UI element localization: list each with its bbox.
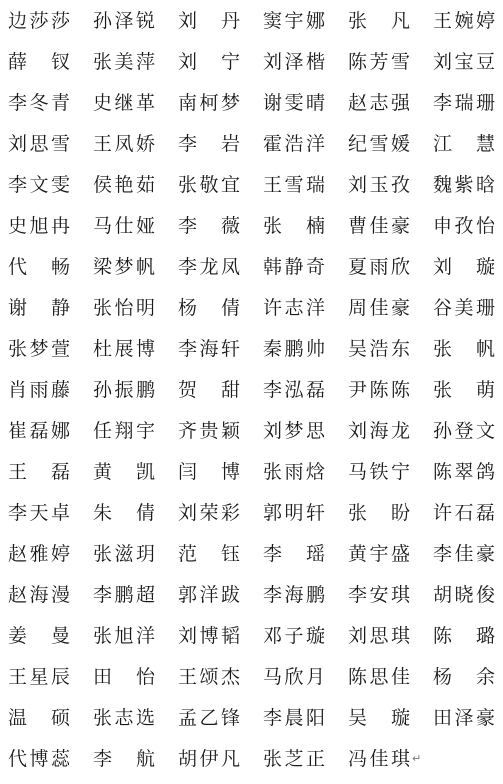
name-entry: 张凡 xyxy=(347,9,411,33)
name-entry: 王磊 xyxy=(7,460,71,484)
name-entry: 史继革 xyxy=(92,91,156,115)
name-row: 赵雅婷张滋玥范钰李瑶黄宇盛李佳豪 xyxy=(0,533,503,574)
name-entry: 代畅 xyxy=(7,255,71,279)
name-entry: 王星辰 xyxy=(7,665,71,689)
name-entry: 许石磊 xyxy=(432,501,496,525)
name-entry: 范钰 xyxy=(177,542,241,566)
name-entry: 张芝正 xyxy=(262,747,326,771)
name-entry: 吴浩东 xyxy=(347,337,411,361)
name-entry: 窦宇娜 xyxy=(262,9,326,33)
name-entry: 张萌 xyxy=(432,378,496,402)
name-entry: 刘宁 xyxy=(177,50,241,74)
name-row: 史旭冉马仕娅李薇张楠曹佳豪申孜怡 xyxy=(0,205,503,246)
name-entry: 王凤娇 xyxy=(92,132,156,156)
name-entry: 谢雯晴 xyxy=(262,91,326,115)
name-entry: 陈思佳 xyxy=(347,665,411,689)
name-entry: 马铁宁 xyxy=(347,460,411,484)
name-entry: 田泽豪 xyxy=(432,706,496,730)
name-entry: 赵志强 xyxy=(347,91,411,115)
name-row: 薛钗张美萍刘宁刘泽楷陈芳雪刘宝豆 xyxy=(0,41,503,82)
name-entry: 王婉婷 xyxy=(432,9,496,33)
name-entry: 李晨阳 xyxy=(262,706,326,730)
name-row: 王磊黄凯闫博张雨焓马铁宁陈翠鸽 xyxy=(0,451,503,492)
name-entry: 张帆 xyxy=(432,337,496,361)
name-entry: 肖雨藤 xyxy=(7,378,71,402)
name-entry: 郭明轩 xyxy=(262,501,326,525)
name-entry: 马仕娅 xyxy=(92,214,156,238)
name-row: 代博蕊李航胡伊凡张芝正冯佳琪↵ xyxy=(0,738,503,779)
name-row: 温硕张志选孟乙锋李晨阳吴璇田泽豪 xyxy=(0,697,503,738)
name-entry: 刘荣彩 xyxy=(177,501,241,525)
name-entry: 许志洋 xyxy=(262,296,326,320)
name-entry: 谷美珊 xyxy=(432,296,496,320)
name-entry: 夏雨欣 xyxy=(347,255,411,279)
name-entry: 张盼 xyxy=(347,501,411,525)
name-entry: 张志选 xyxy=(92,706,156,730)
name-list-document: 边莎莎孙泽锐刘丹窦宇娜张凡王婉婷薛钗张美萍刘宁刘泽楷陈芳雪刘宝豆李冬青史继革南柯… xyxy=(0,0,503,784)
name-entry: 朱倩 xyxy=(92,501,156,525)
name-entry: 张旭洋 xyxy=(92,624,156,648)
name-entry: 孙登文 xyxy=(432,419,496,443)
name-entry: 黄宇盛 xyxy=(347,542,411,566)
name-entry: 黄凯 xyxy=(92,460,156,484)
name-entry: 南柯梦 xyxy=(177,91,241,115)
name-entry: 孙振鹏 xyxy=(92,378,156,402)
name-entry: 陈璐 xyxy=(432,624,496,648)
name-entry: 贺甜 xyxy=(177,378,241,402)
paragraph-mark-icon: ↵ xyxy=(412,752,421,765)
name-entry: 刘思琪 xyxy=(347,624,411,648)
name-entry: 刘宝豆 xyxy=(432,50,496,74)
name-entry: 秦鹏帅 xyxy=(262,337,326,361)
name-entry: 李瑞珊 xyxy=(432,91,496,115)
name-row: 张梦萱杜展博李海轩秦鹏帅吴浩东张帆 xyxy=(0,328,503,369)
name-row: 谢静张怡明杨倩许志洋周佳豪谷美珊 xyxy=(0,287,503,328)
name-entry: 梁梦帆 xyxy=(92,255,156,279)
name-entry: 李佳豪 xyxy=(432,542,496,566)
name-entry: 边莎莎 xyxy=(7,9,71,33)
name-entry: 侯艳茹 xyxy=(92,173,156,197)
name-row: 李冬青史继革南柯梦谢雯晴赵志强李瑞珊 xyxy=(0,82,503,123)
name-entry: 胡晓俊 xyxy=(432,583,496,607)
name-entry: 王颂杰 xyxy=(177,665,241,689)
name-entry: 崔磊娜 xyxy=(7,419,71,443)
name-entry: 邓子璇 xyxy=(262,624,326,648)
name-entry: 李泓磊 xyxy=(262,378,326,402)
name-entry: 刘泽楷 xyxy=(262,50,326,74)
name-entry: 曹佳豪 xyxy=(347,214,411,238)
name-entry: 刘丹 xyxy=(177,9,241,33)
name-entry: 魏紫晗 xyxy=(432,173,496,197)
name-row: 李文雯侯艳茹张敬宜王雪瑞刘玉孜魏紫晗 xyxy=(0,164,503,205)
name-entry: 李薇 xyxy=(177,214,241,238)
name-row: 刘思雪王凤娇李岩霍浩洋纪雪媛江慧 xyxy=(0,123,503,164)
name-entry: 马欣月 xyxy=(262,665,326,689)
name-entry: 纪雪媛 xyxy=(347,132,411,156)
name-entry: 张美萍 xyxy=(92,50,156,74)
name-entry: 刘博韬 xyxy=(177,624,241,648)
name-entry: 李龙凤 xyxy=(177,255,241,279)
name-entry: 韩静奇 xyxy=(262,255,326,279)
name-entry: 申孜怡 xyxy=(432,214,496,238)
name-entry: 代博蕊 xyxy=(7,747,71,771)
name-entry: 赵雅婷 xyxy=(7,542,71,566)
name-entry: 江慧 xyxy=(432,132,496,156)
name-entry: 李冬青 xyxy=(7,91,71,115)
name-row: 李天卓朱倩刘荣彩郭明轩张盼许石磊 xyxy=(0,492,503,533)
name-row: 姜曼张旭洋刘博韬邓子璇刘思琪陈璐 xyxy=(0,615,503,656)
name-entry: 张怡明 xyxy=(92,296,156,320)
name-entry: 李海鹏 xyxy=(262,583,326,607)
name-entry: 赵海漫 xyxy=(7,583,71,607)
name-entry: 霍浩洋 xyxy=(262,132,326,156)
name-entry: 张梦萱 xyxy=(7,337,71,361)
name-entry: 尹陈陈 xyxy=(347,378,411,402)
name-entry: 任翔宇 xyxy=(92,419,156,443)
name-entry: 冯佳琪 xyxy=(347,747,411,771)
name-entry: 李鹏超 xyxy=(92,583,156,607)
name-entry: 张敬宜 xyxy=(177,173,241,197)
name-entry: 陈芳雪 xyxy=(347,50,411,74)
name-row: 王星辰田怡王颂杰马欣月陈思佳杨余 xyxy=(0,656,503,697)
name-entry: 姜曼 xyxy=(7,624,71,648)
name-entry: 刘玉孜 xyxy=(347,173,411,197)
name-entry: 胡伊凡 xyxy=(177,747,241,771)
name-entry: 薛钗 xyxy=(7,50,71,74)
name-entry: 杜展博 xyxy=(92,337,156,361)
name-entry: 李岩 xyxy=(177,132,241,156)
name-entry: 刘海龙 xyxy=(347,419,411,443)
name-entry: 杨倩 xyxy=(177,296,241,320)
name-entry: 王雪瑞 xyxy=(262,173,326,197)
name-entry: 李安琪 xyxy=(347,583,411,607)
name-row: 边莎莎孙泽锐刘丹窦宇娜张凡王婉婷 xyxy=(0,0,503,41)
name-entry: 杨余 xyxy=(432,665,496,689)
name-entry: 孟乙锋 xyxy=(177,706,241,730)
name-entry: 孙泽锐 xyxy=(92,9,156,33)
name-entry: 李航 xyxy=(92,747,156,771)
name-entry: 齐贵颖 xyxy=(177,419,241,443)
name-entry: 温硕 xyxy=(7,706,71,730)
name-entry: 张雨焓 xyxy=(262,460,326,484)
name-entry: 周佳豪 xyxy=(347,296,411,320)
name-entry: 李海轩 xyxy=(177,337,241,361)
name-entry: 田怡 xyxy=(92,665,156,689)
name-entry: 郭洋跋 xyxy=(177,583,241,607)
name-entry: 刘梦思 xyxy=(262,419,326,443)
name-entry: 陈翠鸽 xyxy=(432,460,496,484)
name-row: 崔磊娜任翔宇齐贵颖刘梦思刘海龙孙登文 xyxy=(0,410,503,451)
name-entry: 李文雯 xyxy=(7,173,71,197)
name-entry: 刘思雪 xyxy=(7,132,71,156)
name-entry: 吴璇 xyxy=(347,706,411,730)
name-entry: 李天卓 xyxy=(7,501,71,525)
name-row: 肖雨藤孙振鹏贺甜李泓磊尹陈陈张萌 xyxy=(0,369,503,410)
name-entry: 张楠 xyxy=(262,214,326,238)
name-row: 赵海漫李鹏超郭洋跋李海鹏李安琪胡晓俊 xyxy=(0,574,503,615)
name-entry: 闫博 xyxy=(177,460,241,484)
name-entry: 谢静 xyxy=(7,296,71,320)
name-entry: 刘璇 xyxy=(432,255,496,279)
name-entry: 张滋玥 xyxy=(92,542,156,566)
name-row: 代畅梁梦帆李龙凤韩静奇夏雨欣刘璇 xyxy=(0,246,503,287)
name-entry: 李瑶 xyxy=(262,542,326,566)
name-entry: 史旭冉 xyxy=(7,214,71,238)
